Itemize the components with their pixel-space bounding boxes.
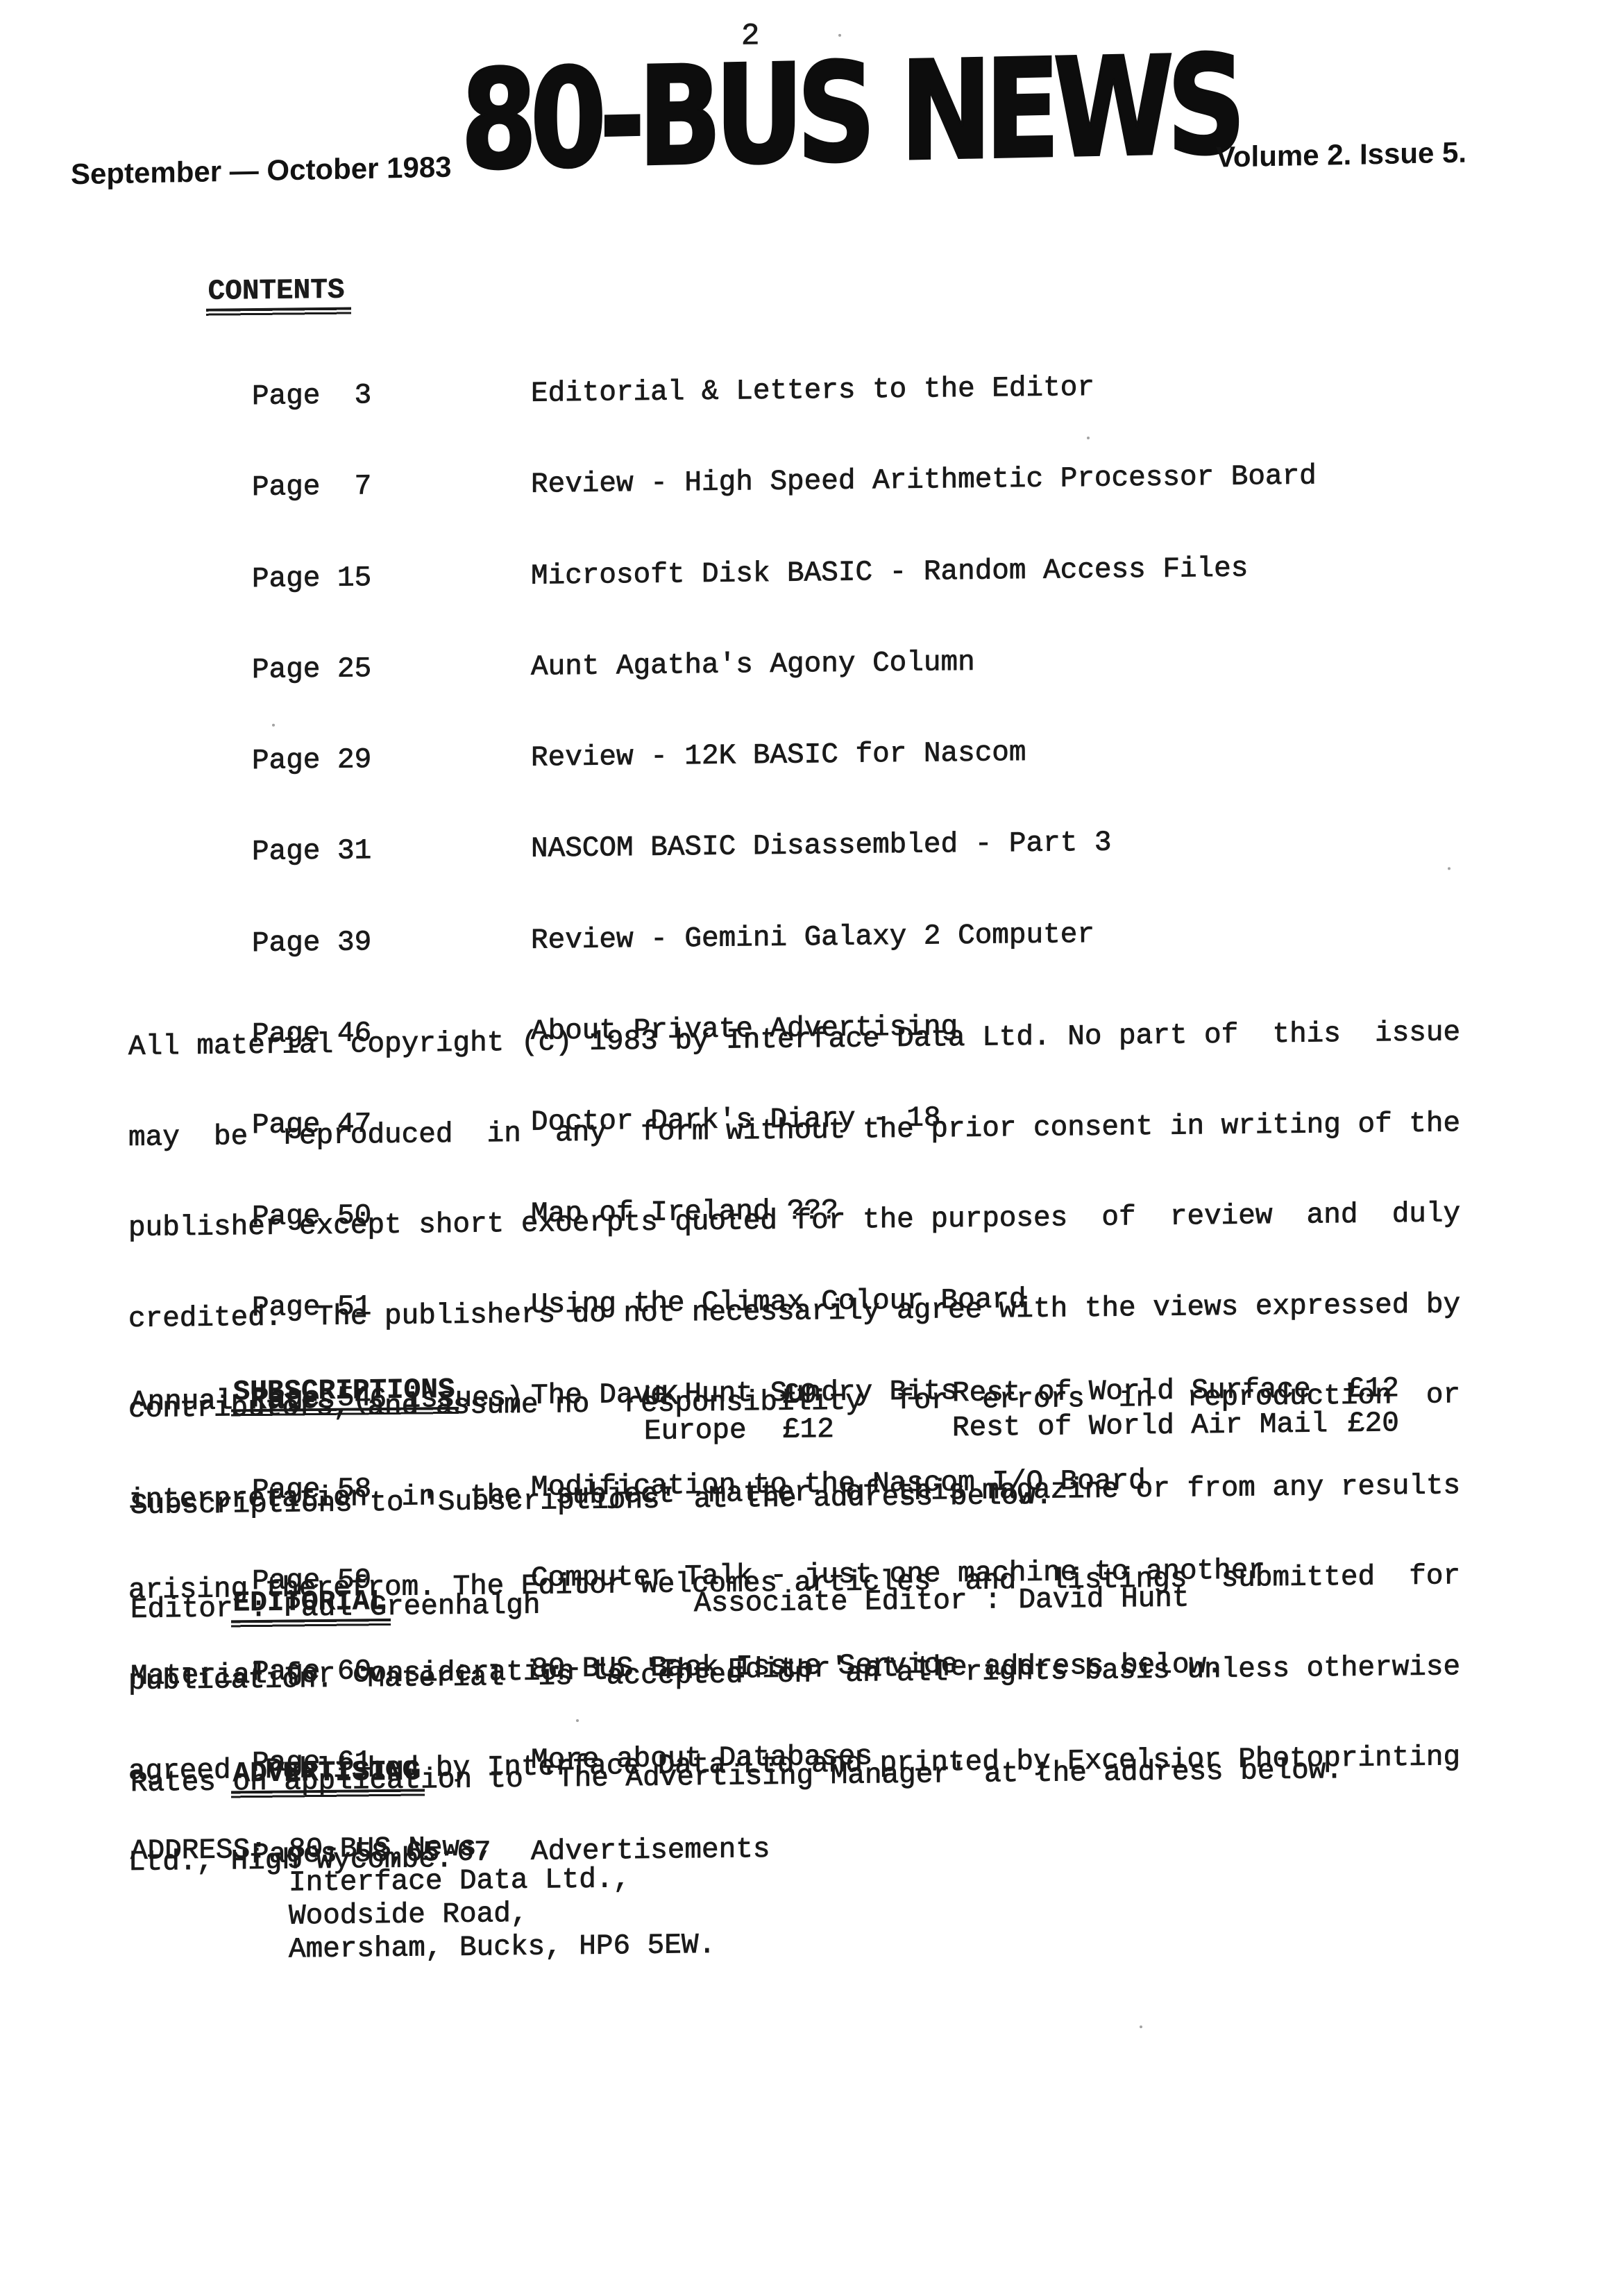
- scan-speckle: [838, 34, 841, 37]
- toc-row: Page 7Review - High Speed Arithmetic Pro…: [252, 463, 1317, 509]
- toc-page: Page 29: [252, 745, 531, 776]
- magazine-contents-page: 2 September — October 1983 80-BUS NEWS V…: [0, 0, 1624, 2296]
- toc-page: Page 15: [252, 562, 531, 593]
- toc-title: Review - Gemini Galaxy 2 Computer: [531, 921, 1094, 956]
- toc-title: Review - 12K BASIC for Nascom: [531, 739, 1026, 773]
- toc-page: Page 7: [252, 471, 531, 503]
- copyright-line: may be reproduced in any form without th…: [128, 1110, 1460, 1158]
- address-label: ADDRESS:: [130, 1837, 267, 1866]
- copyright-line: publisher except short excerpts quoted f…: [128, 1200, 1460, 1248]
- scan-speckle: [576, 1719, 579, 1722]
- toc-row: Page 25Aunt Agatha's Agony Column: [252, 645, 1317, 691]
- toc-row: Page 15Microsoft Disk BASIC - Random Acc…: [252, 554, 1317, 600]
- toc-title: Editorial & Letters to the Editor: [531, 374, 1094, 409]
- address-line: Interface Data Ltd.,: [289, 1866, 630, 1898]
- annual-rates-label: Annual Rates (6 issues): [130, 1385, 523, 1417]
- toc-page: Page 39: [252, 927, 531, 959]
- rate-region: Rest of World Air Mail: [952, 1410, 1328, 1443]
- address-line: Amersham, Bucks, HP6 5EW.: [289, 1932, 716, 1965]
- rate-price: £20: [1348, 1410, 1399, 1439]
- rate-region: Rest of World Surface: [952, 1376, 1311, 1409]
- scan-speckle: [1140, 2025, 1142, 2028]
- issue-date: September — October 1983: [71, 151, 452, 192]
- rate-price: £12: [783, 1416, 834, 1445]
- contents-heading: CONTENTS: [208, 277, 345, 307]
- scan-speckle: [1087, 437, 1090, 439]
- toc-page: Page 3: [252, 380, 531, 412]
- rate-price: £9: [783, 1381, 817, 1410]
- contents-section: CONTENTS: [105, 248, 344, 337]
- scanned-sheet: 2 September — October 1983 80-BUS NEWS V…: [0, 0, 1624, 2296]
- editor-name: Editor : Paul Greenhalgh: [130, 1592, 541, 1625]
- address-line: Woodside Road,: [289, 1900, 527, 1932]
- toc-title: Aunt Agatha's Agony Column: [531, 649, 975, 682]
- scan-speckle: [1448, 867, 1450, 870]
- scan-speckle: [272, 724, 275, 727]
- toc-title: Review - High Speed Arithmetic Processor…: [531, 463, 1317, 500]
- address-line: 80-BUS News,: [289, 1834, 493, 1864]
- toc-title: NASCOM BASIC Disassembled - Part 3: [531, 829, 1112, 864]
- toc-page: Page 25: [252, 654, 531, 685]
- toc-row: Page 39Review - Gemini Galaxy 2 Computer: [252, 918, 1317, 964]
- volume-issue: Volume 2. Issue 5.: [1216, 136, 1466, 174]
- copyright-line: All material copyright (c) 1983 by Inter…: [128, 1019, 1460, 1067]
- toc-row: Page 31NASCOM BASIC Disassembled - Part …: [252, 827, 1317, 873]
- toc-page: Page 31: [252, 836, 531, 867]
- rate-region: Europe: [644, 1417, 747, 1446]
- rate-region: UK: [644, 1383, 678, 1412]
- toc-row: Page 3Editorial & Letters to the Editor: [252, 371, 1317, 417]
- copyright-line: credited. The publishers do not necessar…: [128, 1291, 1460, 1339]
- magazine-logo: 80-BUS NEWS: [461, 37, 1239, 189]
- rate-price: £12: [1348, 1375, 1399, 1404]
- toc-title: Microsoft Disk BASIC - Random Access Fil…: [531, 555, 1248, 591]
- associate-editor-name: Associate Editor : David Hunt: [694, 1585, 1190, 1619]
- toc-row: Page 29Review - 12K BASIC for Nascom: [252, 736, 1317, 782]
